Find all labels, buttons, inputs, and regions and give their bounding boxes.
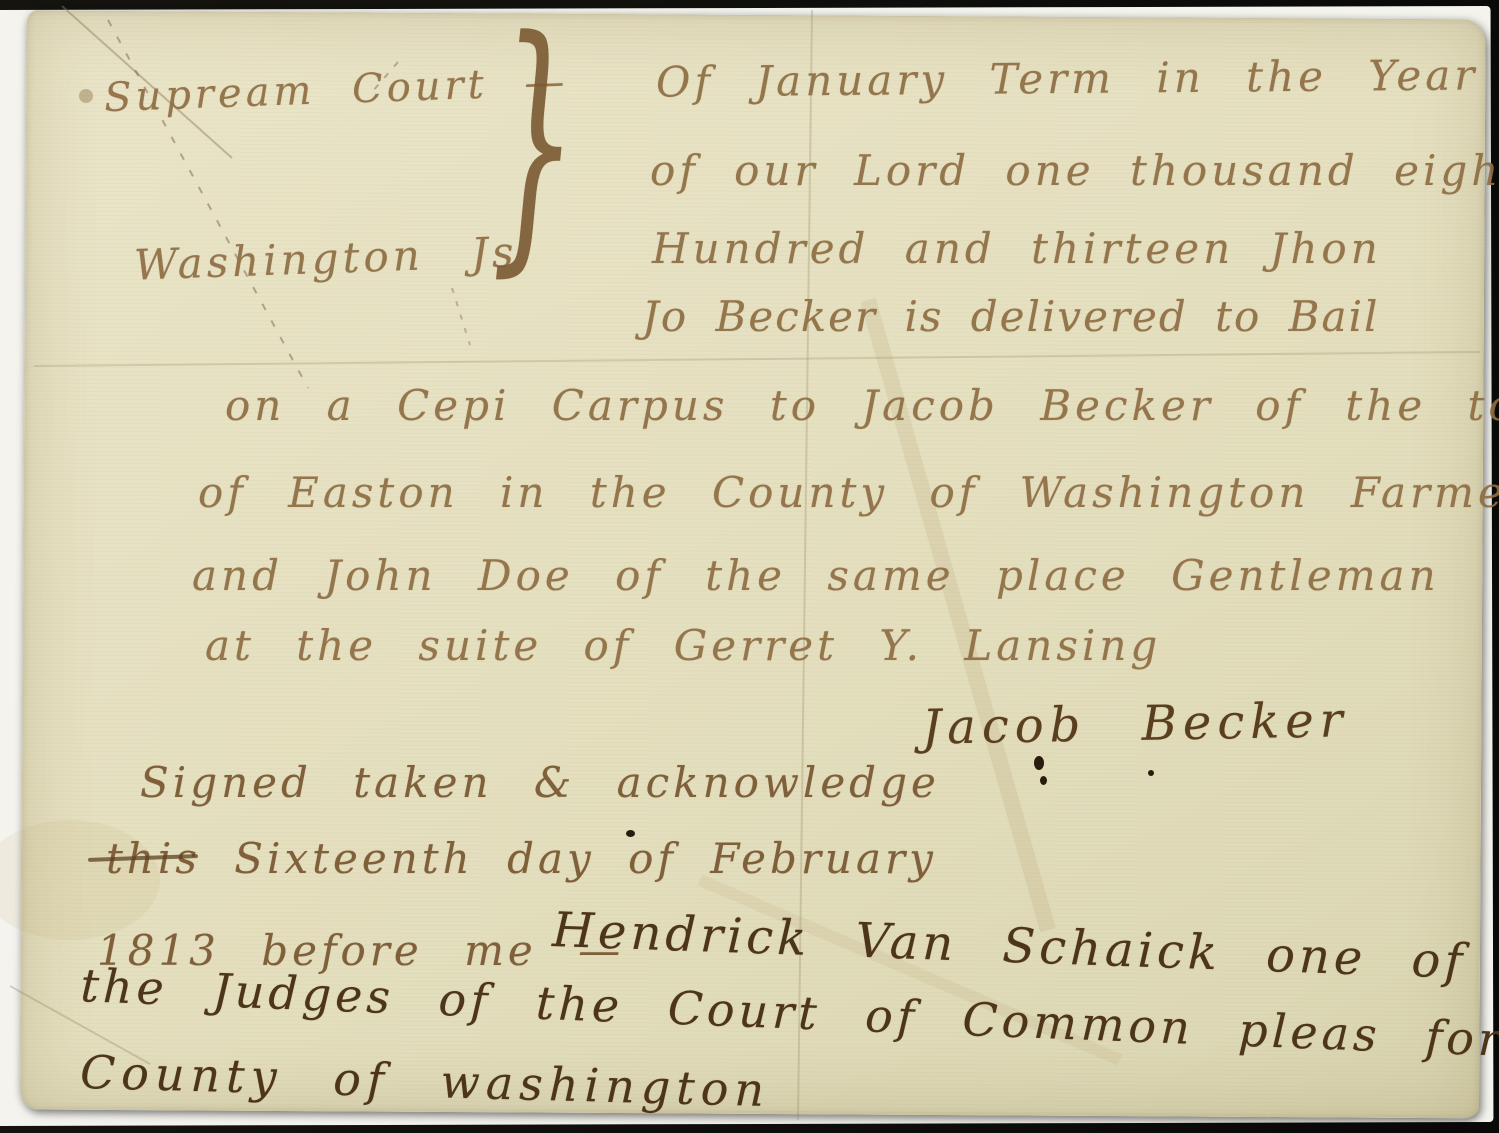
body-line: of Easton in the County of Washington Fa… [198, 472, 1499, 514]
scanned-document: Supream Court — Washington Js } Of Janua… [0, 0, 1499, 1133]
attestation-line: this Sixteenth day of February [106, 838, 937, 880]
ink-blot [1034, 756, 1044, 770]
body-line: Of January Term in the Year [656, 54, 1479, 103]
body-line: at the suite of Gerret Y. Lansing [205, 625, 1161, 667]
body-line: on a Cepi Carpus to Jacob Becker of the … [225, 385, 1499, 427]
body-line: and John Doe of the same place Gentleman [192, 555, 1440, 597]
signature: Jacob Becker [922, 696, 1349, 751]
header-brace: } [491, 6, 578, 278]
body-line: Hundred and thirteen Jhon [652, 228, 1382, 270]
ink-blot [1148, 770, 1154, 776]
body-line: of our Lord one thousand eight [650, 150, 1499, 192]
attestation-line: Signed taken & acknowledge [140, 762, 940, 804]
body-line: Jo Becker is delivered to Bail [642, 296, 1379, 338]
ink-blot [1040, 776, 1047, 785]
